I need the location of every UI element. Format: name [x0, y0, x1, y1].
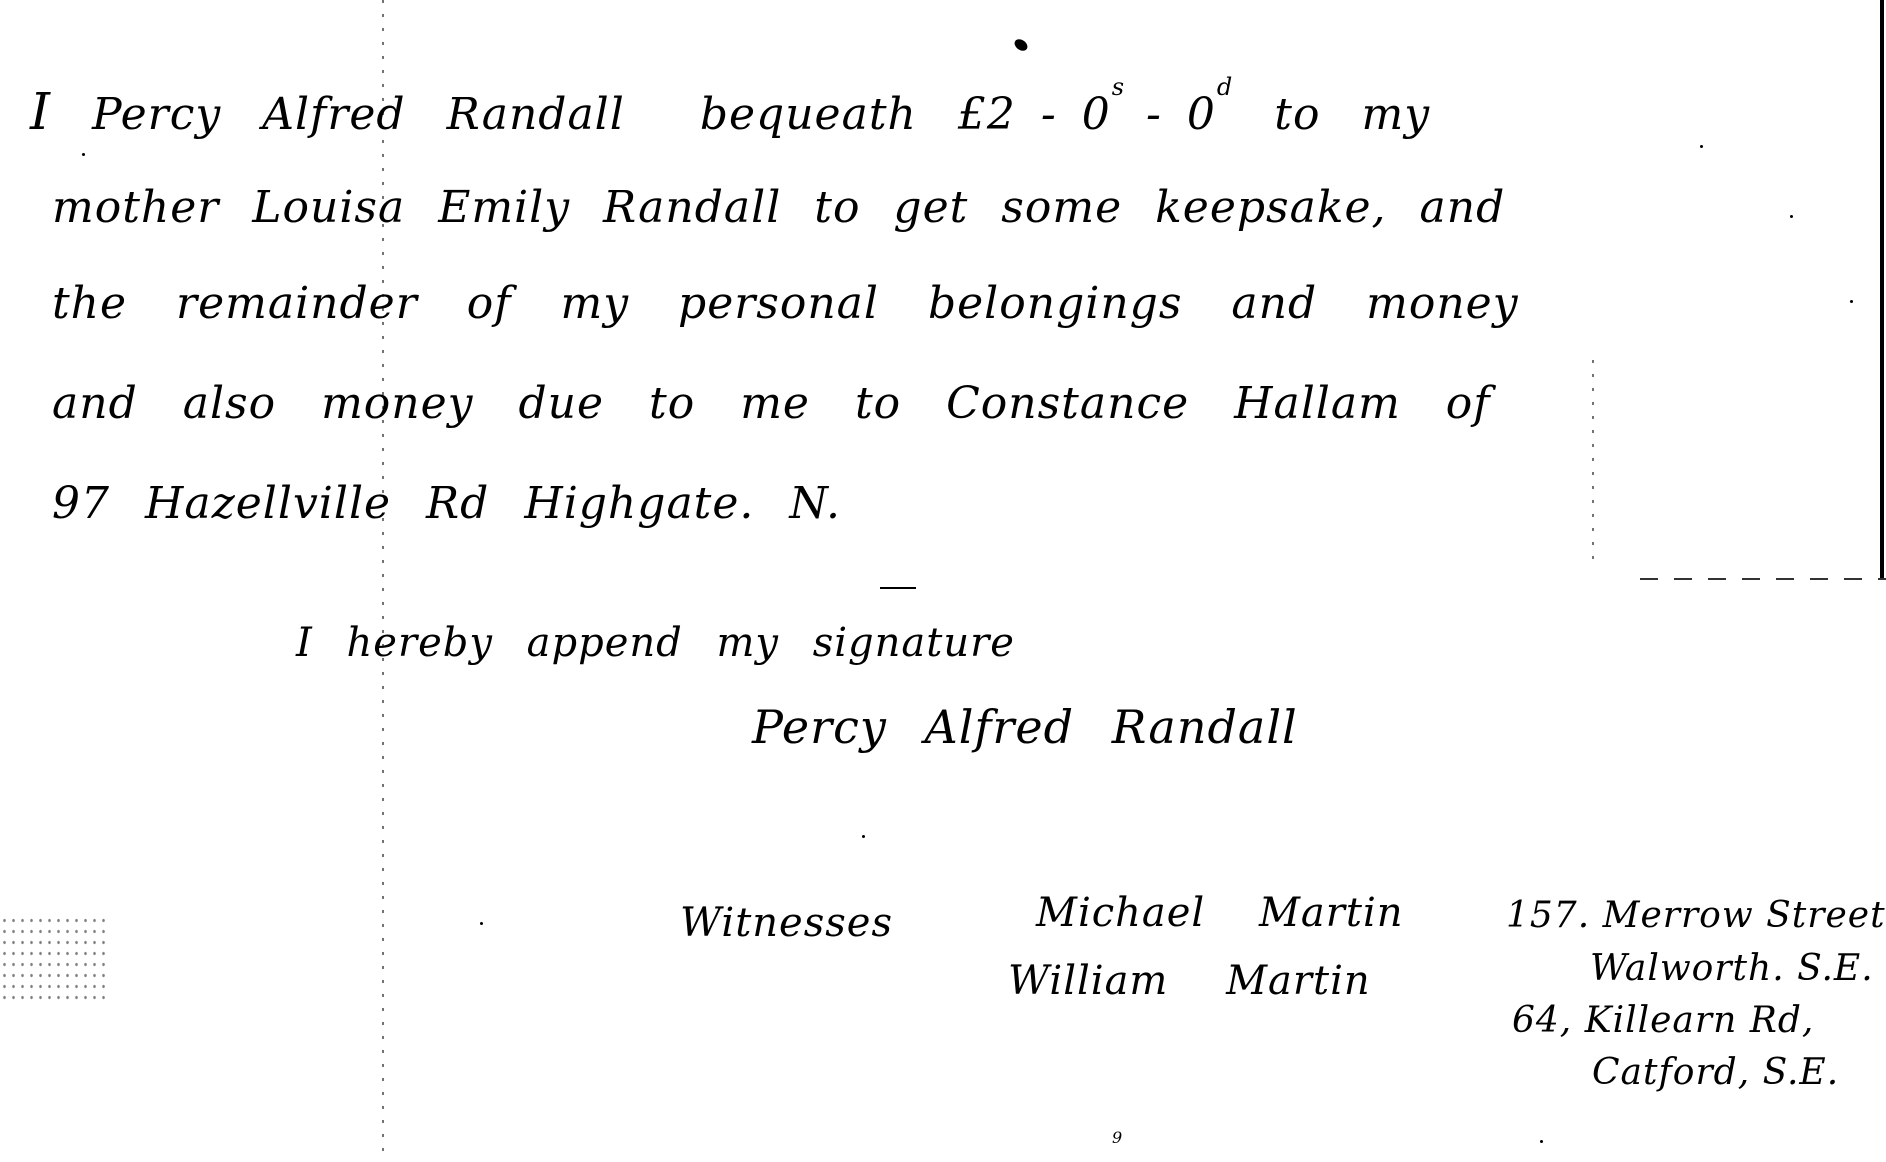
speck: [1700, 145, 1703, 148]
witness-1-address-line-2: Walworth. S.E.: [1590, 948, 1874, 989]
amount-shillings: 0: [1082, 89, 1111, 140]
word-I: I: [30, 82, 51, 141]
witnesses-label: Witnesses: [680, 900, 893, 946]
shillings-mark: s: [1112, 73, 1125, 101]
highgate-underline: [880, 587, 916, 589]
append-signature-line: I hereby append my signature: [296, 620, 1015, 666]
scan-smudge: [0, 915, 110, 1005]
amount-dash: -: [1146, 89, 1162, 140]
pence-mark: d: [1217, 73, 1233, 101]
speck: [862, 835, 865, 838]
testator-signature: Percy Alfred Randall: [752, 700, 1298, 754]
fold-line-horizontal: [1640, 578, 1886, 580]
speck: [480, 922, 483, 925]
amount-pounds: £2: [958, 89, 1016, 140]
speck: [1850, 300, 1853, 303]
witness-1-name: Michael Martin: [1036, 890, 1404, 936]
page-edge-border: [1880, 0, 1884, 578]
witness-2-address-line-1: 64, Killearn Rd,: [1512, 1000, 1814, 1041]
amount-pence: 0: [1187, 89, 1216, 140]
fold-line-vertical: [382, 0, 384, 1162]
word-alfred: Alfred: [262, 89, 405, 140]
word-percy: Percy: [92, 89, 221, 140]
scanned-will-page: I Percy Alfred Randall bequeath £2 - 0 s…: [0, 0, 1886, 1162]
speck: [1790, 215, 1793, 218]
page-mark: 9: [1112, 1128, 1122, 1147]
witness-2-name: William Martin: [1008, 958, 1371, 1004]
speck: [1012, 37, 1029, 53]
will-line-3: the remainder of my personal belongings …: [52, 278, 1519, 329]
will-line-2: mother Louisa Emily Randall to get some …: [52, 182, 1505, 233]
word-my: my: [1361, 89, 1430, 140]
speck: [82, 153, 85, 156]
will-line-4: and also money due to me to Constance Ha…: [52, 378, 1491, 429]
fold-line-vertical-right: [1592, 360, 1594, 560]
word-to: to: [1274, 89, 1320, 140]
word-randall: Randall: [447, 89, 625, 140]
will-line-5: 97 Hazellville Rd Highgate. N.: [52, 478, 841, 529]
word-bequeath: bequeath: [700, 89, 917, 140]
witness-1-address-line-1: 157. Merrow Street: [1506, 895, 1886, 936]
will-line-1: I Percy Alfred Randall bequeath £2 - 0 s…: [30, 82, 1456, 141]
speck: [1540, 1140, 1543, 1143]
amount-dash: -: [1041, 89, 1057, 140]
witness-2-address-line-2: Catford, S.E.: [1592, 1052, 1839, 1093]
